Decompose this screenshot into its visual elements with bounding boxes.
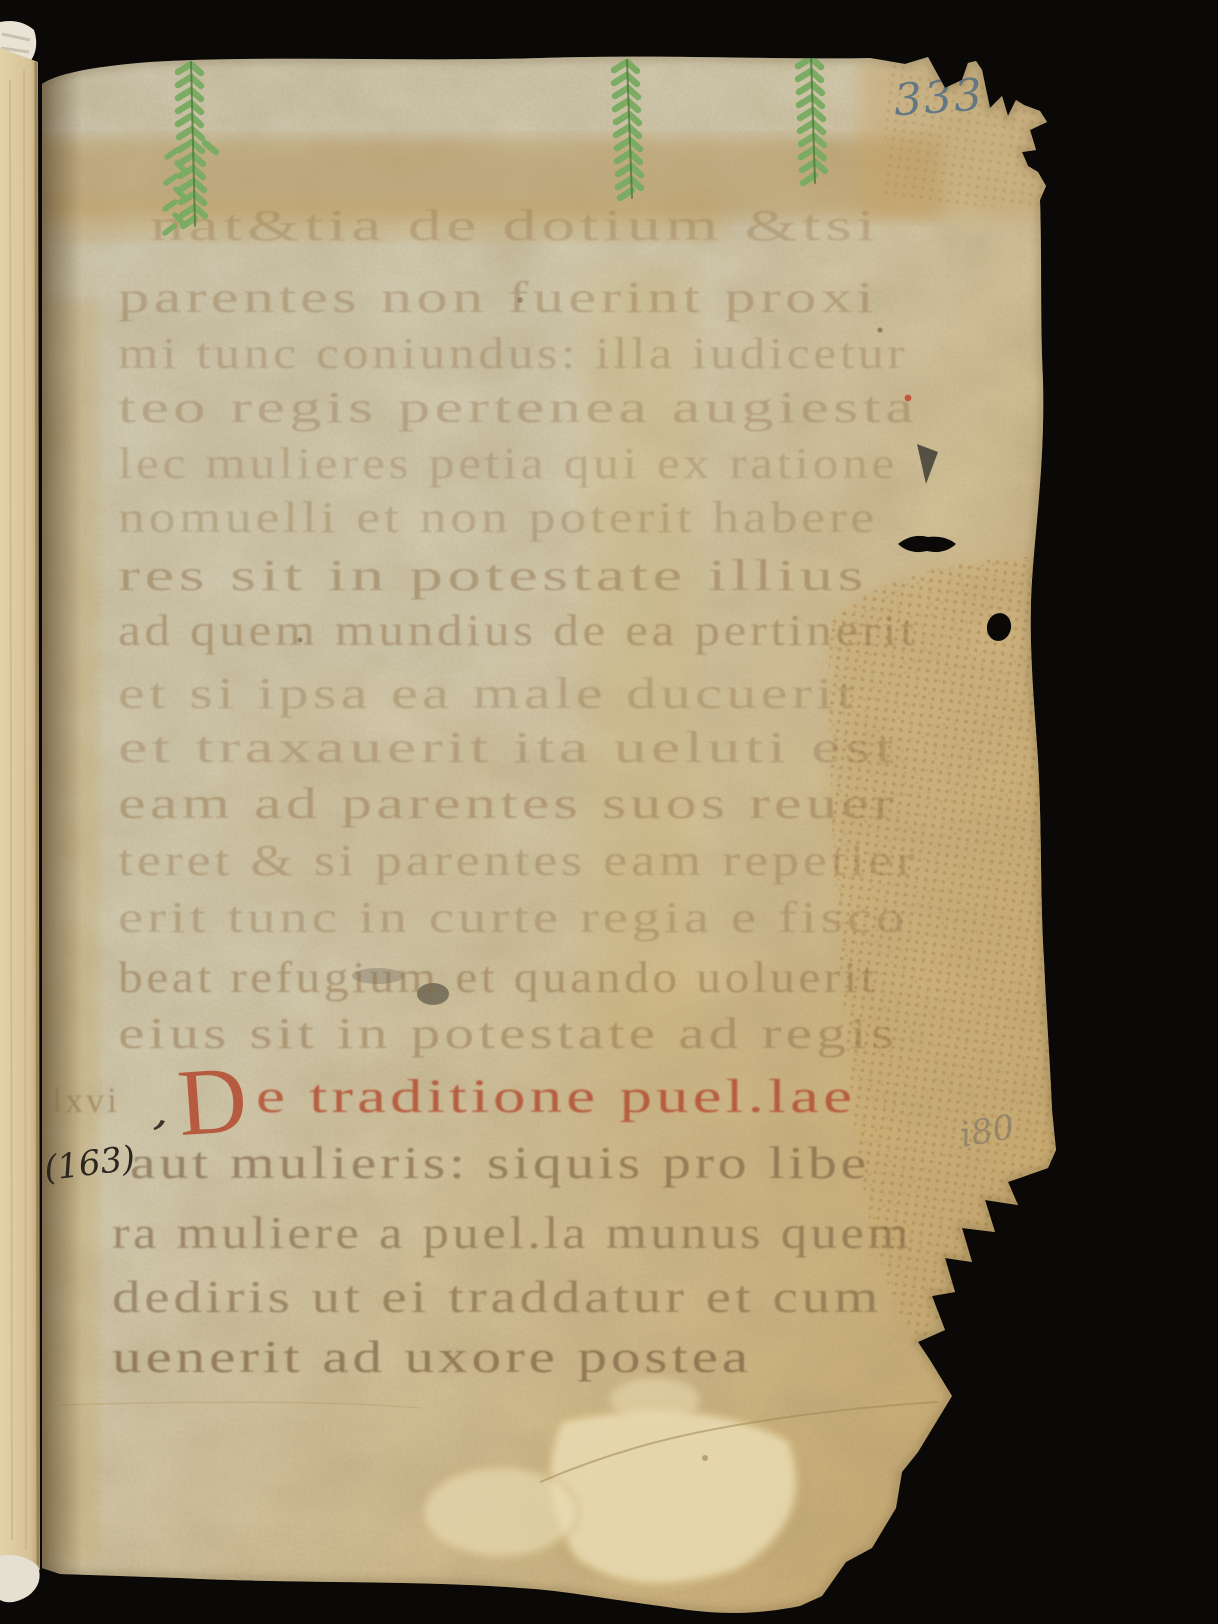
text-line: ra muliere a puel.la munus quem [112,1207,912,1258]
parchment-leaf: nat&tia de dotium &tsi parentes non fuer… [42,50,1062,1613]
manuscript-scan: nat&tia de dotium &tsi parentes non fuer… [0,0,1218,1624]
text-block: nat&tia de dotium &tsi parentes non fuer… [118,201,918,1058]
text-line: nomuelli et non poterit habere [118,493,878,542]
text-line: nat&tia de dotium &tsi [150,201,880,250]
text-line: beat refugium et quando uoluerit [118,953,878,1002]
text-line: et si ipsa ea male ducuerit [118,669,858,718]
text-line: eam ad parentes suos reuer [118,779,898,828]
text-line: erit tunc in curte regia e fisco [118,893,908,942]
manuscript-photo: nat&tia de dotium &tsi parentes non fuer… [0,0,1218,1624]
folio-number-blue: 333 [892,69,985,126]
text-line: aut mulieris: siquis pro libe [130,1137,870,1188]
text-line: ad quem mundius de ea pertinerit [118,606,918,655]
text-line: mi tunc coniundus: illa iudicetur [118,329,908,378]
gutter-shadow [42,56,82,1596]
text-line: et traxauerit ita ueluti est [118,723,898,772]
text-line: res sit in potestate illius [118,551,868,600]
text-line: dediris ut ei traddatur et cum [112,1271,882,1322]
text-line: lec mulieres petia qui ex ratione [118,439,898,488]
text-line: teo regis pertenea augiesta [118,383,918,432]
text-line: parentes non fuerint proxi [118,273,878,322]
rubric-text: e traditione puel.lae [256,1070,856,1123]
margin-chapter-numeral: lxvi [52,1080,120,1120]
text-line: uenerit ad uxore postea [112,1331,752,1382]
previous-page-edge [0,48,40,1570]
text-line: teret & si parentes eam repetier [118,836,918,885]
